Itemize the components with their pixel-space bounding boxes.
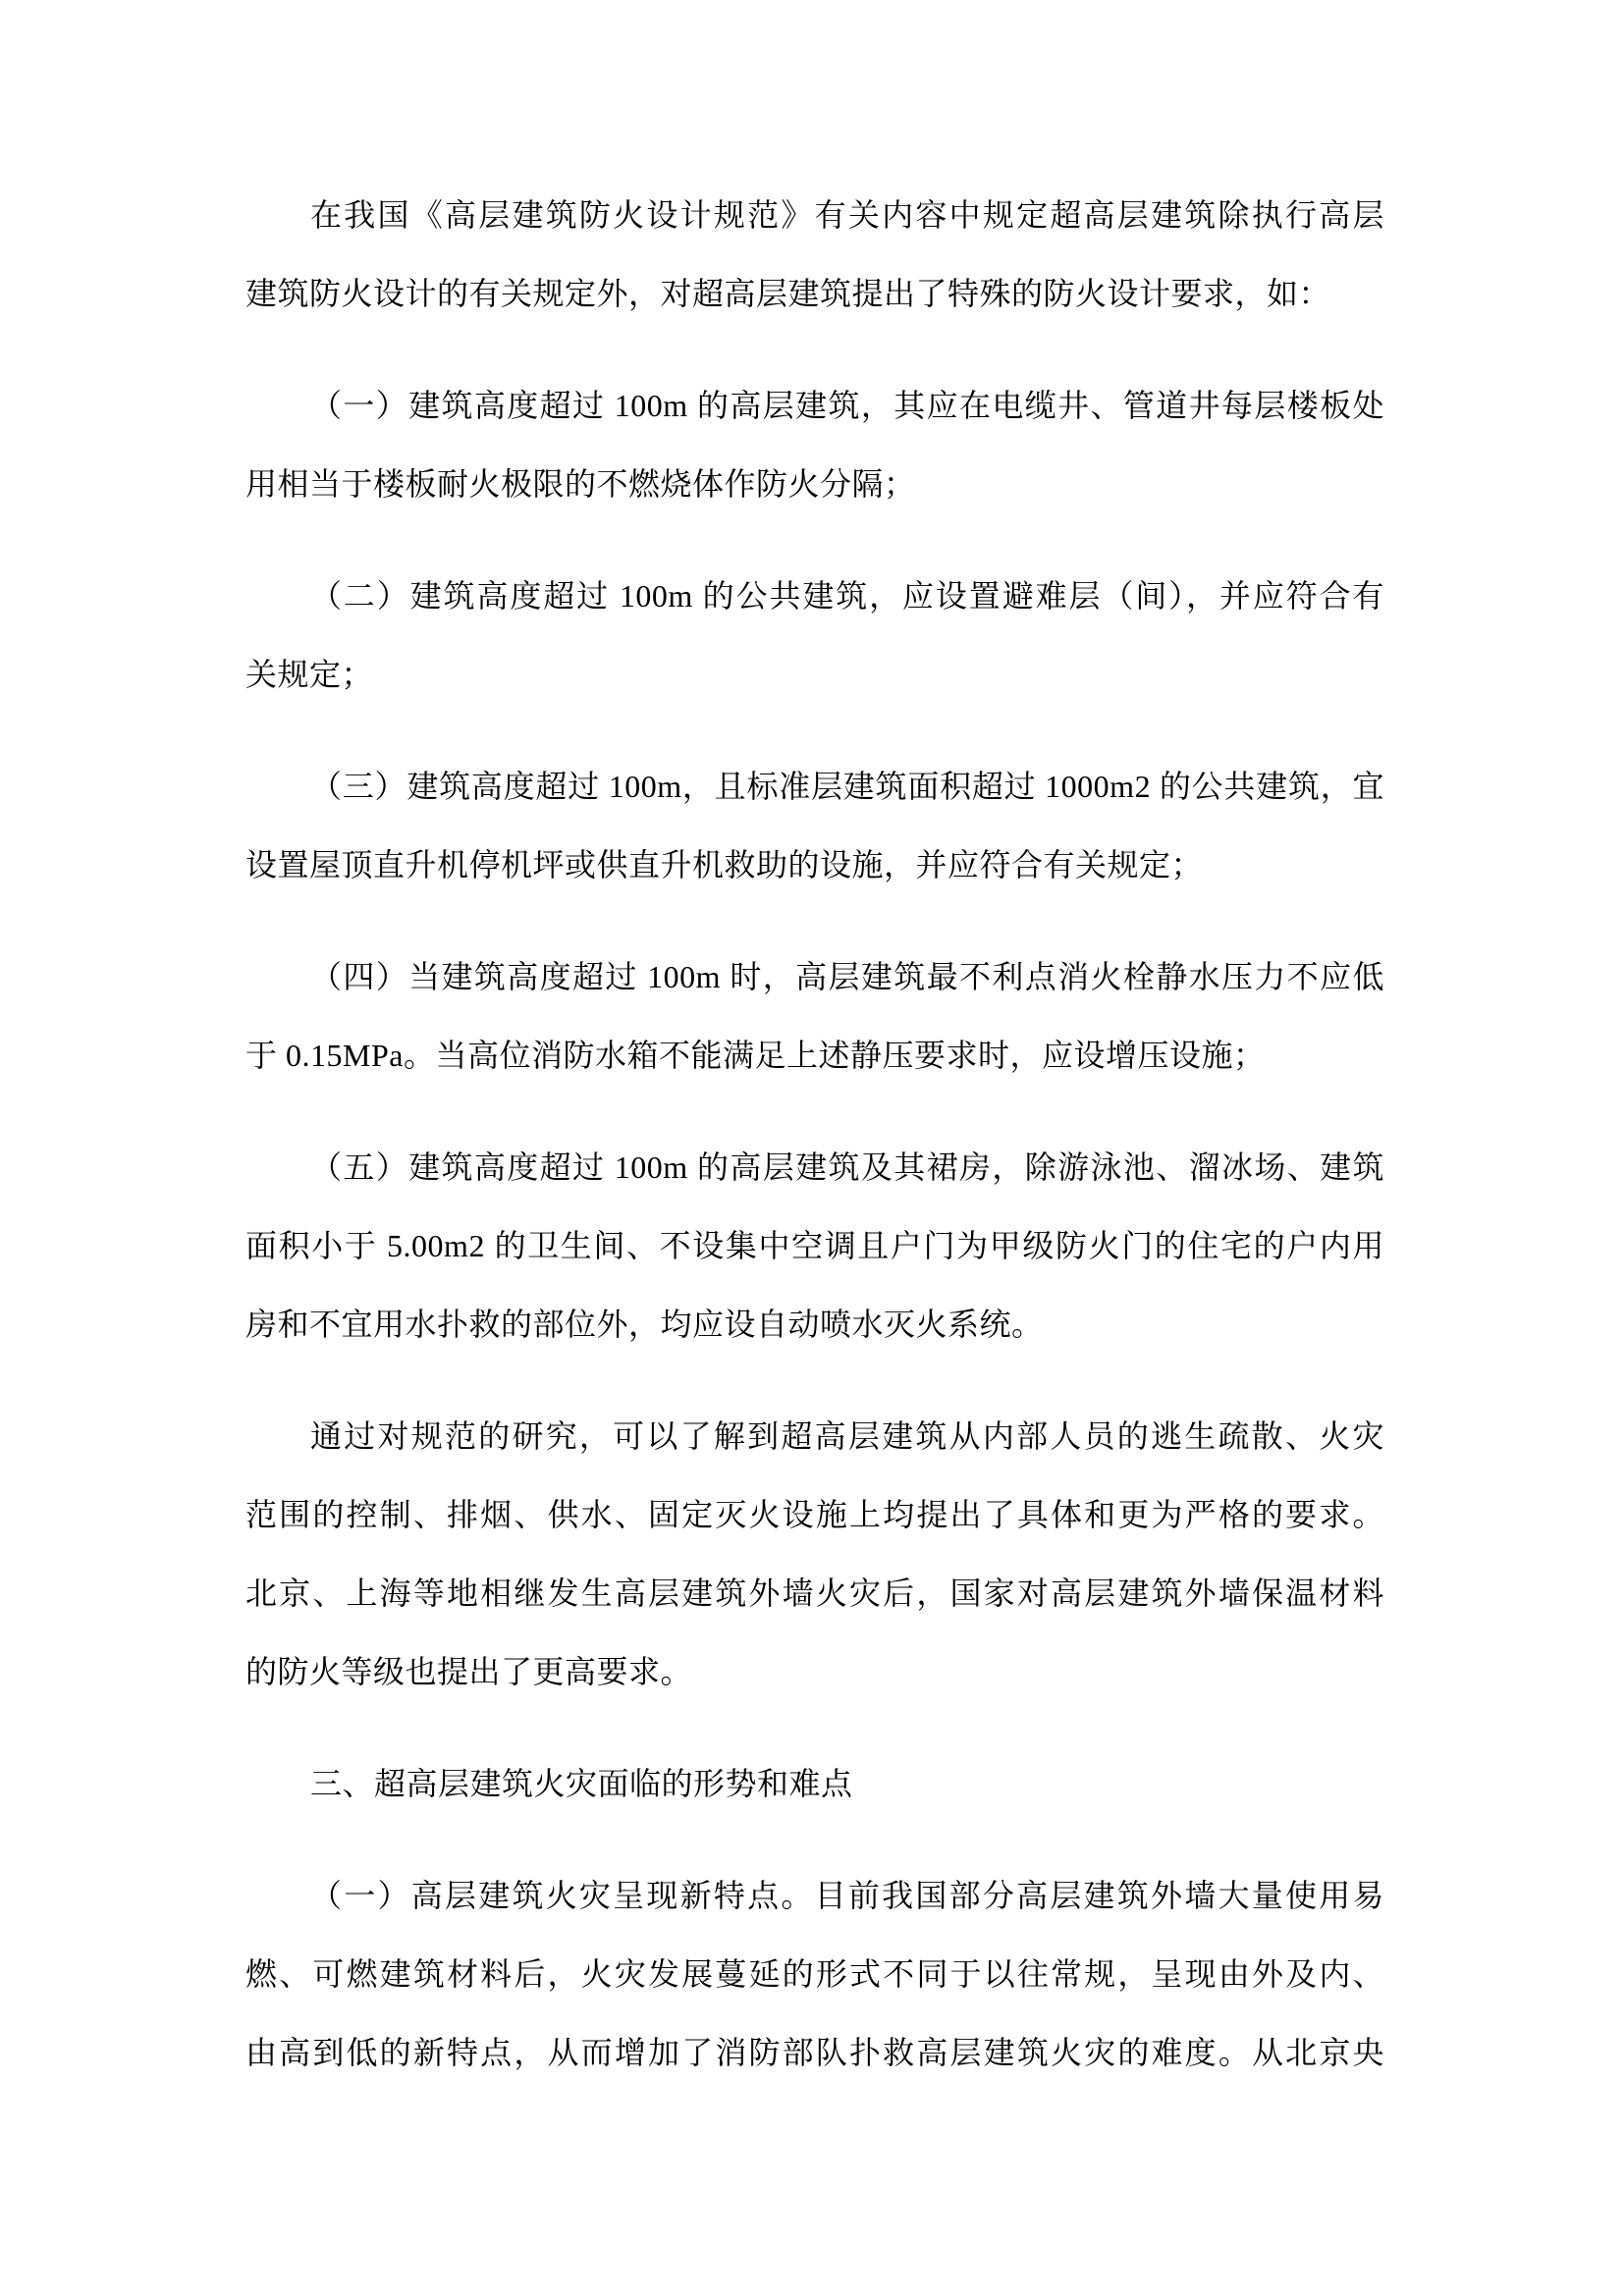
paragraph: 通过对规范的研究，可以了解到超高层建筑从内部人员的逃生疏散、火灾范围的控制、排烟… — [245, 1397, 1384, 1711]
text-line: 于 0.15MPa。当高位消防水箱不能满足上述静压要求时，应设增压设施； — [245, 1016, 1384, 1095]
text-line: 房和不宜用水扑救的部位外，均应设自动喷水灭火系统。 — [245, 1285, 1384, 1363]
text-line: 设置屋顶直升机停机坪或供直升机救助的设施，并应符合有关规定； — [245, 826, 1384, 904]
document-page: 在我国《高层建筑防火设计规范》有关内容中规定超高层建筑除执行高层建筑防火设计的有… — [245, 176, 1384, 2125]
text-line: （一）建筑高度超过 100m 的高层建筑，其应在电缆井、管道井每层楼板处 — [245, 366, 1384, 445]
text-line: 通过对规范的研究，可以了解到超高层建筑从内部人员的逃生疏散、火灾 — [245, 1397, 1384, 1475]
paragraph: （一）高层建筑火灾呈现新特点。目前我国部分高层建筑外墙大量使用易燃、可燃建筑材料… — [245, 1856, 1384, 2092]
text-line: 由高到低的新特点，从而增加了消防部队扑救高层建筑火灾的难度。从北京央 — [245, 2013, 1384, 2092]
paragraph: （三）建筑高度超过 100m，且标准层建筑面积超过 1000m2 的公共建筑，宜… — [245, 747, 1384, 904]
text-line: 关规定； — [245, 635, 1384, 714]
text-line: （二）建筑高度超过 100m 的公共建筑，应设置避难层（间），并应符合有 — [245, 557, 1384, 635]
text-line: 在我国《高层建筑防火设计规范》有关内容中规定超高层建筑除执行高层 — [245, 176, 1384, 254]
paragraph: （四）当建筑高度超过 100m 时，高层建筑最不利点消火栓静水压力不应低于 0.… — [245, 937, 1384, 1095]
text-line: （三）建筑高度超过 100m，且标准层建筑面积超过 1000m2 的公共建筑，宜 — [245, 747, 1384, 826]
paragraph: （五）建筑高度超过 100m 的高层建筑及其裙房，除游泳池、溜冰场、建筑面积小于… — [245, 1128, 1384, 1363]
text-line: 范围的控制、排烟、供水、固定灭火设施上均提出了具体和更为严格的要求。 — [245, 1475, 1384, 1554]
text-line: 三、超高层建筑火灾面临的形势和难点 — [245, 1744, 1384, 1823]
text-line: 用相当于楼板耐火极限的不燃烧体作防火分隔； — [245, 445, 1384, 523]
paragraph: 在我国《高层建筑防火设计规范》有关内容中规定超高层建筑除执行高层建筑防火设计的有… — [245, 176, 1384, 333]
text-line: 的防火等级也提出了更高要求。 — [245, 1632, 1384, 1711]
text-line: （五）建筑高度超过 100m 的高层建筑及其裙房，除游泳池、溜冰场、建筑 — [245, 1128, 1384, 1206]
text-line: 建筑防火设计的有关规定外，对超高层建筑提出了特殊的防火设计要求，如： — [245, 254, 1384, 333]
text-line: 北京、上海等地相继发生高层建筑外墙火灾后，国家对高层建筑外墙保温材料 — [245, 1554, 1384, 1632]
paragraph: （一）建筑高度超过 100m 的高层建筑，其应在电缆井、管道井每层楼板处用相当于… — [245, 366, 1384, 523]
text-line: 面积小于 5.00m2 的卫生间、不设集中空调且户门为甲级防火门的住宅的户内用 — [245, 1206, 1384, 1285]
paragraph: （二）建筑高度超过 100m 的公共建筑，应设置避难层（间），并应符合有关规定； — [245, 557, 1384, 714]
text-line: （一）高层建筑火灾呈现新特点。目前我国部分高层建筑外墙大量使用易 — [245, 1856, 1384, 1935]
paragraph: 三、超高层建筑火灾面临的形势和难点 — [245, 1744, 1384, 1823]
text-line: 燃、可燃建筑材料后，火灾发展蔓延的形式不同于以往常规，呈现由外及内、 — [245, 1935, 1384, 2013]
text-line: （四）当建筑高度超过 100m 时，高层建筑最不利点消火栓静水压力不应低 — [245, 937, 1384, 1016]
